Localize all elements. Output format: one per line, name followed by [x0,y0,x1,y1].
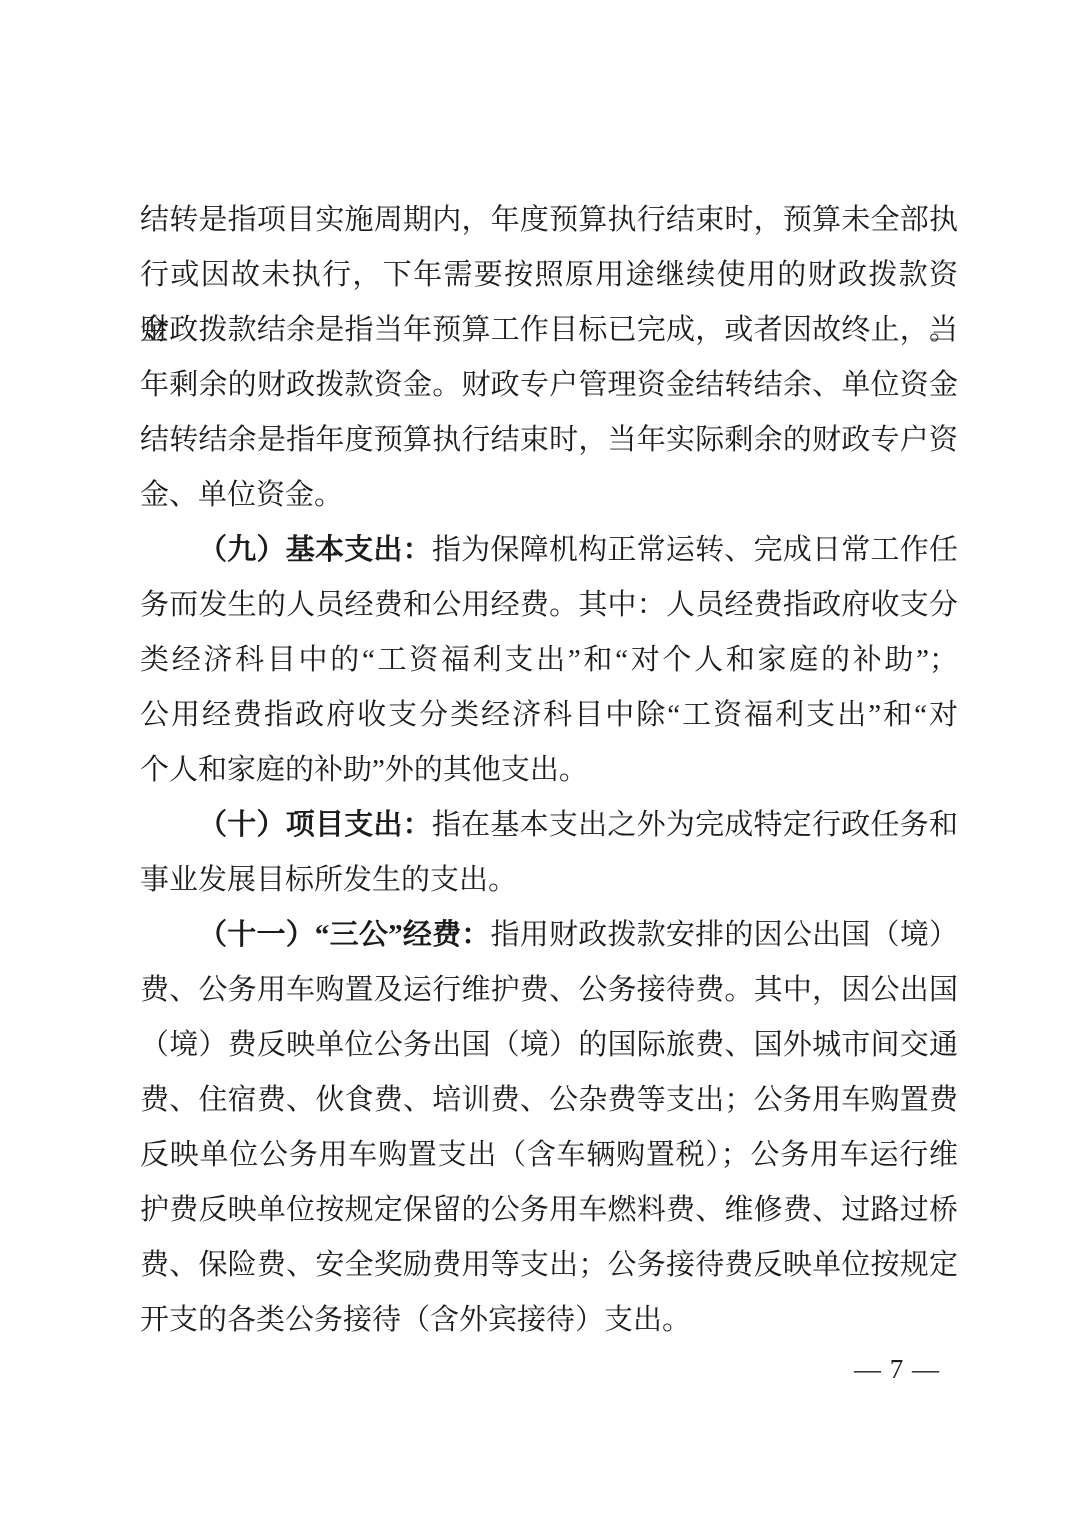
text-segment: 费、住宿费、伙食费、培训费、公杂费等支出；公务用车购置费 [140,1084,958,1116]
text-segment: 费、保险费、安全奖励费用等支出；公务接待费反映单位按规定 [140,1249,958,1281]
text-segment: 护费反映单位按规定保留的公务用车燃料费、维修费、过路过桥 [140,1194,958,1226]
text-segment: 年剩余的财政拨款资金。财政专户管理资金结转结余、单位资金 [140,369,958,401]
text-line: 结转是指项目实施周期内，年度预算执行结束时，预算未全部执 [140,193,958,248]
text-line: 开支的各类公务接待（含外宾接待）支出。 [140,1293,958,1348]
text-segment: 财政拨款结余是指当年预算工作目标已完成，或者因故终止，当 [140,314,958,346]
text-line: （九）基本支出：指为保障机构正常运转、完成日常工作任 [140,523,958,578]
text-line: 行或因故未执行，下年需要按照原用途继续使用的财政拨款资金。 [140,248,958,303]
text-segment: 指用财政拨款安排的因公出国（境） [491,919,958,951]
clause-heading-segment: （十一）“三公”经费： [198,919,491,951]
text-segment: 公用经费指政府收支分类经济科目中除“工资福利支出”和“对 [140,699,958,731]
text-line: 费、保险费、安全奖励费用等支出；公务接待费反映单位按规定 [140,1238,958,1293]
text-segment: 反映单位公务用车购置支出（含车辆购置税）；公务用车运行维 [140,1139,958,1171]
text-segment: 结转是指项目实施周期内，年度预算执行结束时，预算未全部执 [140,204,958,236]
text-segment: 费、公务用车购置及运行维护费、公务接待费。其中，因公出国 [140,974,958,1006]
text-segment: 开支的各类公务接待（含外宾接待）支出。 [140,1304,691,1336]
text-line: 事业发展目标所发生的支出。 [140,853,958,908]
text-line: 类经济科目中的“工资福利支出”和“对个人和家庭的补助”； [140,633,958,688]
text-segment: 个人和家庭的补助”外的其他支出。 [140,754,588,786]
text-segment: （境）费反映单位公务出国（境）的国际旅费、国外城市间交通 [140,1029,958,1061]
text-segment: 事业发展目标所发生的支出。 [140,864,517,896]
text-line: 反映单位公务用车购置支出（含车辆购置税）；公务用车运行维 [140,1128,958,1183]
text-segment: 务而发生的人员经费和公用经费。其中：人员经费指政府收支分 [140,589,958,621]
text-line: 务而发生的人员经费和公用经费。其中：人员经费指政府收支分 [140,578,958,633]
text-line: 护费反映单位按规定保留的公务用车燃料费、维修费、过路过桥 [140,1183,958,1238]
text-line: （境）费反映单位公务出国（境）的国际旅费、国外城市间交通 [140,1018,958,1073]
clause-heading-segment: （九）基本支出： [198,534,432,566]
text-segment: 类经济科目中的“工资福利支出”和“对个人和家庭的补助”； [140,644,958,676]
clause-heading-segment: （十）项目支出： [198,809,432,841]
text-line: 结转结余是指年度预算执行结束时，当年实际剩余的财政专户资 [140,413,958,468]
text-line: 费、公务用车购置及运行维护费、公务接待费。其中，因公出国 [140,963,958,1018]
text-segment: 指为保障机构正常运转、完成日常工作任 [432,534,958,566]
document-page: 结转是指项目实施周期内，年度预算执行结束时，预算未全部执行或因故未执行，下年需要… [0,0,1074,1520]
document-body: 结转是指项目实施周期内，年度预算执行结束时，预算未全部执行或因故未执行，下年需要… [140,193,958,1348]
text-segment: 指在基本支出之外为完成特定行政任务和 [432,809,958,841]
text-line: 公用经费指政府收支分类经济科目中除“工资福利支出”和“对 [140,688,958,743]
page-number: — 7 — [854,1349,940,1389]
text-line: （十一）“三公”经费：指用财政拨款安排的因公出国（境） [140,908,958,963]
text-line: 财政拨款结余是指当年预算工作目标已完成，或者因故终止，当 [140,303,958,358]
text-segment: 结转结余是指年度预算执行结束时，当年实际剩余的财政专户资 [140,424,958,456]
text-line: 年剩余的财政拨款资金。财政专户管理资金结转结余、单位资金 [140,358,958,413]
text-line: 个人和家庭的补助”外的其他支出。 [140,743,958,798]
text-line: 金、单位资金。 [140,468,958,523]
text-line: （十）项目支出：指在基本支出之外为完成特定行政任务和 [140,798,958,853]
text-segment: 金、单位资金。 [140,479,343,511]
text-line: 费、住宿费、伙食费、培训费、公杂费等支出；公务用车购置费 [140,1073,958,1128]
